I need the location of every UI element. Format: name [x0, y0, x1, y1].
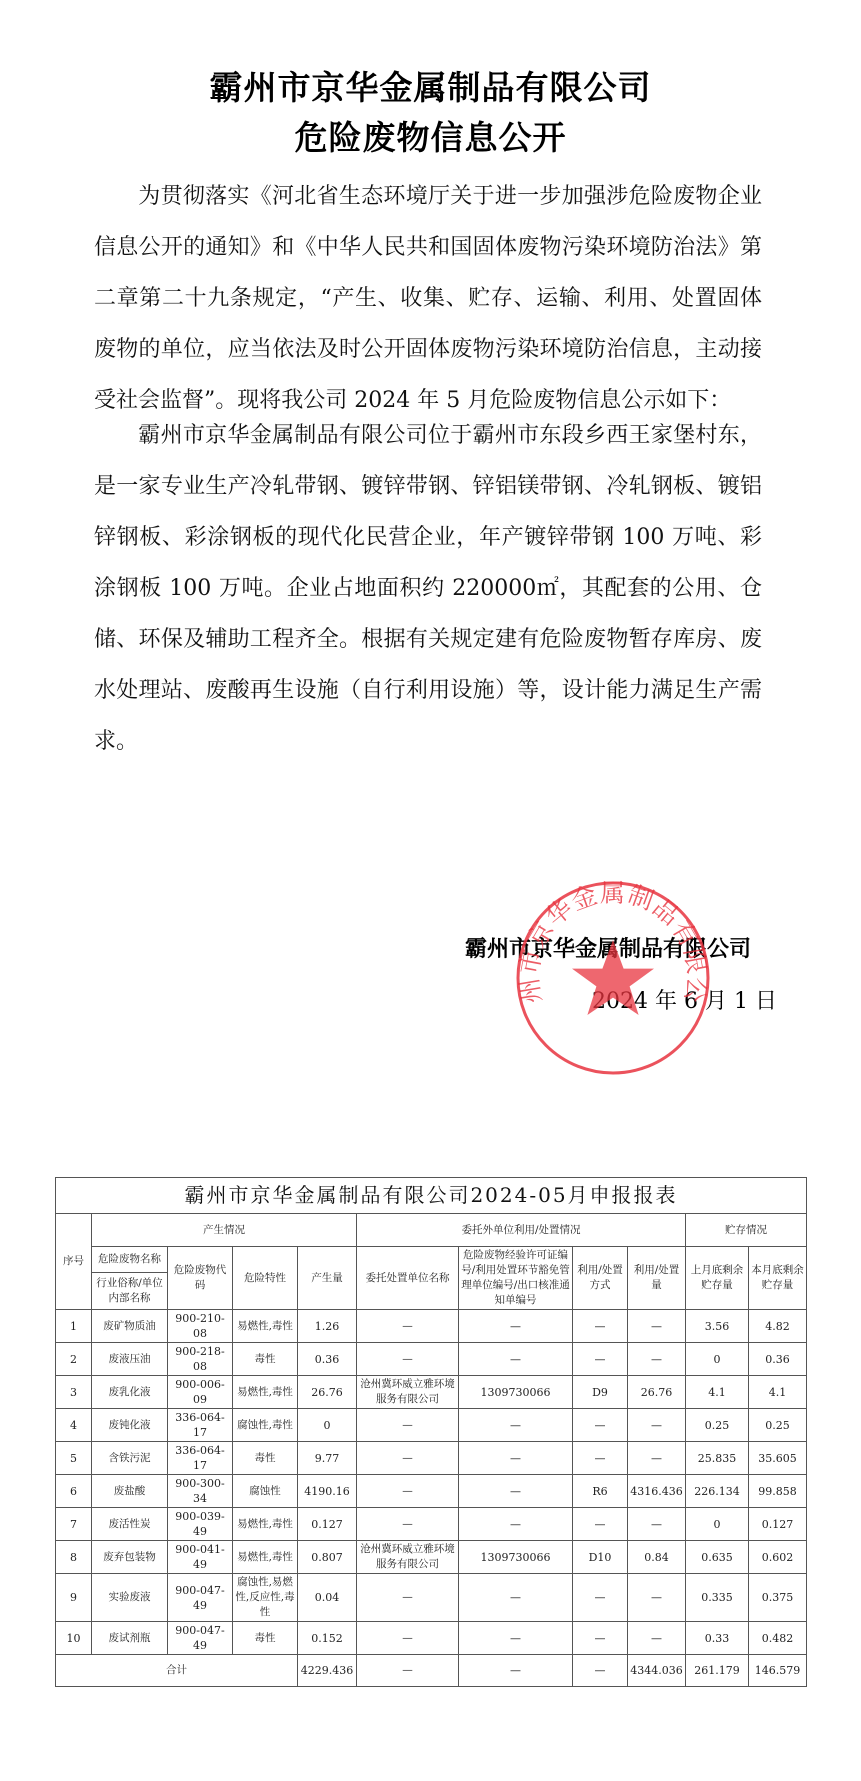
cell-disposed: — [628, 1409, 686, 1442]
cell-code: 900-041-49 [168, 1541, 233, 1574]
cell-total-disposed: 4344.036 [628, 1655, 686, 1687]
cell-disposed: 26.76 [628, 1376, 686, 1409]
cell-unit: — [357, 1442, 459, 1475]
cell-disposed: — [628, 1508, 686, 1541]
cell-amount: 0.807 [298, 1541, 357, 1574]
cell-seq: 10 [56, 1622, 92, 1655]
company-seal-icon: 霸州市京华金属制品有限公司 [515, 880, 711, 1076]
cell-seq: 3 [56, 1376, 92, 1409]
cell-unit: — [357, 1475, 459, 1508]
cell-unit: — [357, 1574, 459, 1622]
cell-unit: 沧州冀环威立雅环境服务有限公司 [357, 1376, 459, 1409]
cell-hazard: 腐蚀性 [233, 1475, 298, 1508]
cell-seq: 6 [56, 1475, 92, 1508]
company-paragraph: 霸州市京华金属制品有限公司位于霸州市东段乡西王家堡村东，是一家专业生产冷轧带钢、… [94, 410, 762, 767]
table-caption: 霸州市京华金属制品有限公司2024-05月申报报表 [56, 1178, 807, 1214]
cell-total-current: 146.579 [749, 1655, 807, 1687]
cell-last: 3.56 [686, 1310, 749, 1343]
cell-name: 废乳化液 [92, 1376, 168, 1409]
cell-amount: 0 [298, 1409, 357, 1442]
cell-unit: — [357, 1622, 459, 1655]
cell-total-license: — [459, 1655, 573, 1687]
header-storage: 贮存情况 [686, 1214, 807, 1247]
cell-current: 0.25 [749, 1409, 807, 1442]
cell-unit: — [357, 1508, 459, 1541]
cell-amount: 1.26 [298, 1310, 357, 1343]
cell-total-last: 261.179 [686, 1655, 749, 1687]
cell-seq: 5 [56, 1442, 92, 1475]
cell-license: — [459, 1343, 573, 1376]
cell-last: 0.25 [686, 1409, 749, 1442]
header-production: 产生情况 [92, 1214, 357, 1247]
cell-code: 900-300-34 [168, 1475, 233, 1508]
table-row: 2 废液压油 900-218-08 毒性 0.36 — — — — 0 0.36 [56, 1343, 807, 1376]
cell-last: 0 [686, 1508, 749, 1541]
cell-method: — [573, 1343, 628, 1376]
header-hazard: 危险特性 [233, 1247, 298, 1310]
cell-amount: 0.127 [298, 1508, 357, 1541]
header-waste-name: 危险废物名称 [92, 1247, 168, 1273]
cell-amount: 0.152 [298, 1622, 357, 1655]
table-row: 8 废弃包装物 900-041-49 易燃性,毒性 0.807 沧州冀环威立雅环… [56, 1541, 807, 1574]
header-this-month: 本月底剩余贮存量 [749, 1247, 807, 1310]
table-row: 10 废试剂瓶 900-047-49 毒性 0.152 — — — — 0.33… [56, 1622, 807, 1655]
cell-method: D9 [573, 1376, 628, 1409]
cell-current: 0.127 [749, 1508, 807, 1541]
cell-unit: 沧州冀环威立雅环境服务有限公司 [357, 1541, 459, 1574]
header-last-month: 上月底剩余贮存量 [686, 1247, 749, 1310]
cell-unit: — [357, 1310, 459, 1343]
cell-method: R6 [573, 1475, 628, 1508]
cell-disposed: 0.84 [628, 1541, 686, 1574]
header-unit-name: 委托处置单位名称 [357, 1247, 459, 1310]
table-row: 4 废钝化液 336-064-17 腐蚀性,毒性 0 — — — — 0.25 … [56, 1409, 807, 1442]
cell-hazard: 易燃性,毒性 [233, 1310, 298, 1343]
header-waste-code: 危险废物代码 [168, 1247, 233, 1310]
intro-paragraph: 为贯彻落实《河北省生态环境厅关于进一步加强涉危险废物企业信息公开的通知》和《中华… [94, 171, 762, 426]
cell-code: 900-047-49 [168, 1574, 233, 1622]
cell-license: 1309730066 [459, 1541, 573, 1574]
cell-last: 0 [686, 1343, 749, 1376]
cell-hazard: 毒性 [233, 1622, 298, 1655]
cell-method: — [573, 1442, 628, 1475]
cell-amount: 26.76 [298, 1376, 357, 1409]
cell-license: — [459, 1622, 573, 1655]
header-common-name: 行业俗称/单位内部名称 [92, 1272, 168, 1309]
cell-code: 900-218-08 [168, 1343, 233, 1376]
cell-license: — [459, 1508, 573, 1541]
cell-license: — [459, 1574, 573, 1622]
cell-current: 0.602 [749, 1541, 807, 1574]
cell-disposed: — [628, 1574, 686, 1622]
cell-disposed: — [628, 1310, 686, 1343]
cell-disposed: — [628, 1622, 686, 1655]
header-amount: 产生量 [298, 1247, 357, 1310]
cell-license: — [459, 1310, 573, 1343]
cell-license: — [459, 1409, 573, 1442]
cell-code: 900-039-49 [168, 1508, 233, 1541]
table-row: 5 含铁污泥 336-064-17 毒性 9.77 — — — — 25.835… [56, 1442, 807, 1475]
header-method: 利用/处置方式 [573, 1247, 628, 1310]
cell-last: 0.33 [686, 1622, 749, 1655]
cell-current: 0.482 [749, 1622, 807, 1655]
cell-seq: 7 [56, 1508, 92, 1541]
cell-amount: 4190.16 [298, 1475, 357, 1508]
cell-last: 25.835 [686, 1442, 749, 1475]
cell-name: 废钝化液 [92, 1409, 168, 1442]
cell-total-method: — [573, 1655, 628, 1687]
header-entrusted: 委托外单位利用/处置情况 [357, 1214, 686, 1247]
table-row: 9 实验废液 900-047-49 腐蚀性,易燃性,反应性,毒性 0.04 — … [56, 1574, 807, 1622]
header-seq: 序号 [56, 1214, 92, 1310]
cell-license: 1309730066 [459, 1376, 573, 1409]
cell-hazard: 毒性 [233, 1442, 298, 1475]
cell-unit: — [357, 1409, 459, 1442]
document-title: 霸州市京华金属制品有限公司 [0, 62, 861, 109]
cell-amount: 9.77 [298, 1442, 357, 1475]
cell-license: — [459, 1475, 573, 1508]
cell-disposed: — [628, 1442, 686, 1475]
document-subtitle: 危险废物信息公开 [0, 112, 861, 159]
cell-code: 900-006-09 [168, 1376, 233, 1409]
cell-unit: — [357, 1343, 459, 1376]
cell-name: 废弃包装物 [92, 1541, 168, 1574]
header-disposed: 利用/处置量 [628, 1247, 686, 1310]
cell-code: 900-047-49 [168, 1622, 233, 1655]
cell-method: — [573, 1310, 628, 1343]
cell-name: 废活性炭 [92, 1508, 168, 1541]
cell-amount: 0.36 [298, 1343, 357, 1376]
cell-seq: 8 [56, 1541, 92, 1574]
cell-current: 4.1 [749, 1376, 807, 1409]
cell-hazard: 易燃性,毒性 [233, 1376, 298, 1409]
cell-name: 实验废液 [92, 1574, 168, 1622]
cell-hazard: 腐蚀性,易燃性,反应性,毒性 [233, 1574, 298, 1622]
cell-total-amount: 4229.436 [298, 1655, 357, 1687]
cell-current: 0.36 [749, 1343, 807, 1376]
cell-method: — [573, 1409, 628, 1442]
cell-method: — [573, 1508, 628, 1541]
cell-current: 99.858 [749, 1475, 807, 1508]
cell-last: 0.335 [686, 1574, 749, 1622]
cell-name: 废矿物质油 [92, 1310, 168, 1343]
cell-last: 226.134 [686, 1475, 749, 1508]
cell-current: 4.82 [749, 1310, 807, 1343]
cell-current: 0.375 [749, 1574, 807, 1622]
cell-name: 废盐酸 [92, 1475, 168, 1508]
cell-last: 0.635 [686, 1541, 749, 1574]
cell-code: 336-064-17 [168, 1409, 233, 1442]
table-row: 3 废乳化液 900-006-09 易燃性,毒性 26.76 沧州冀环威立雅环境… [56, 1376, 807, 1409]
cell-code: 900-210-08 [168, 1310, 233, 1343]
signature-date: 2024 年 6 月 1 日 [592, 984, 777, 1015]
signature-company: 霸州市京华金属制品有限公司 [465, 932, 751, 963]
cell-license: — [459, 1442, 573, 1475]
cell-disposed: — [628, 1343, 686, 1376]
cell-name: 含铁污泥 [92, 1442, 168, 1475]
intro-paragraph-text: 为贯彻落实《河北省生态环境厅关于进一步加强涉危险废物企业信息公开的通知》和《中华… [94, 184, 762, 413]
header-license: 危险废物经验许可证编号/利用处置环节豁免管理单位编号/出口核准通知单编号 [459, 1247, 573, 1310]
cell-seq: 2 [56, 1343, 92, 1376]
cell-last: 4.1 [686, 1376, 749, 1409]
hazardous-waste-report-table: 霸州市京华金属制品有限公司2024-05月申报报表 序号 产生情况 委托外单位利… [55, 1177, 807, 1687]
cell-disposed: 4316.436 [628, 1475, 686, 1508]
table-total-row: 合计 4229.436 — — — 4344.036 261.179 146.5… [56, 1655, 807, 1687]
cell-amount: 0.04 [298, 1574, 357, 1622]
cell-method: — [573, 1622, 628, 1655]
table-row: 1 废矿物质油 900-210-08 易燃性,毒性 1.26 — — — — 3… [56, 1310, 807, 1343]
cell-seq: 9 [56, 1574, 92, 1622]
cell-hazard: 毒性 [233, 1343, 298, 1376]
cell-hazard: 易燃性,毒性 [233, 1541, 298, 1574]
cell-name: 废试剂瓶 [92, 1622, 168, 1655]
cell-name: 废液压油 [92, 1343, 168, 1376]
cell-current: 35.605 [749, 1442, 807, 1475]
table-row: 6 废盐酸 900-300-34 腐蚀性 4190.16 — — R6 4316… [56, 1475, 807, 1508]
cell-total-unit: — [357, 1655, 459, 1687]
cell-hazard: 易燃性,毒性 [233, 1508, 298, 1541]
cell-seq: 4 [56, 1409, 92, 1442]
company-paragraph-text: 霸州市京华金属制品有限公司位于霸州市东段乡西王家堡村东，是一家专业生产冷轧带钢、… [94, 423, 762, 754]
cell-method: — [573, 1574, 628, 1622]
table-row: 7 废活性炭 900-039-49 易燃性,毒性 0.127 — — — — 0… [56, 1508, 807, 1541]
cell-seq: 1 [56, 1310, 92, 1343]
cell-code: 336-064-17 [168, 1442, 233, 1475]
cell-hazard: 腐蚀性,毒性 [233, 1409, 298, 1442]
cell-method: D10 [573, 1541, 628, 1574]
cell-total-label: 合计 [56, 1655, 298, 1687]
